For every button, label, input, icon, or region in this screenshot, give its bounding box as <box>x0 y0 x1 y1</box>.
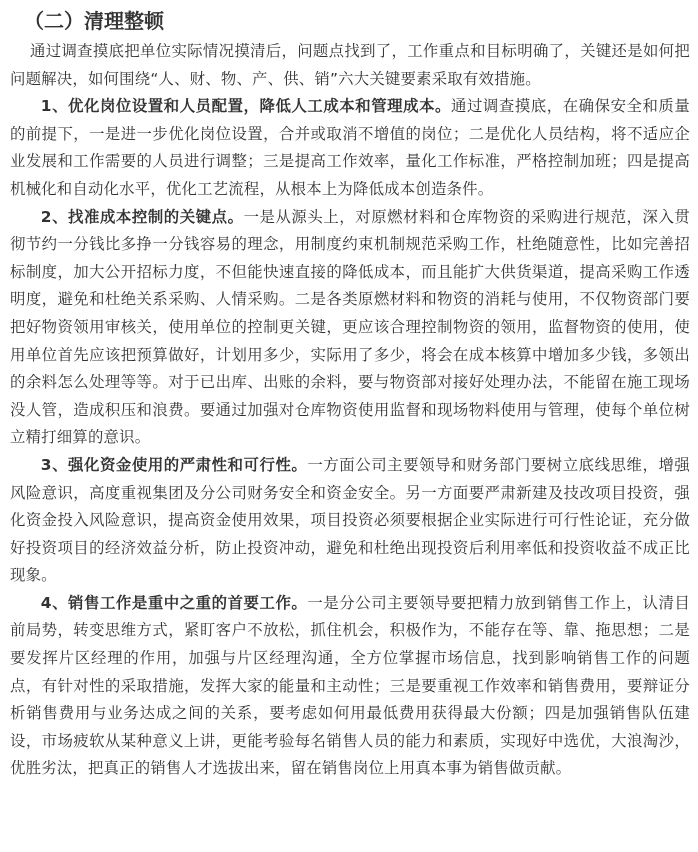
intro-paragraph: 通过调查摸底把单位实际情况摸清后，问题点找到了，工作重点和目标明确了，关键还是如… <box>10 38 690 93</box>
item-paragraph-3: 3、强化资金使用的严肃性和可行性。一方面公司主要领导和财务部门要树立底线思维，增… <box>10 452 690 590</box>
item-paragraph-4: 4、销售工作是重中之重的首要工作。一是分公司主要领导要把精力放到销售工作上，认清… <box>10 590 690 783</box>
item-body-2: 一是从源头上，对原燃材料和仓库物资的采购进行规范，深入贯彻节约一分钱比多挣一分钱… <box>10 208 690 447</box>
item-heading-4: 4、销售工作是重中之重的首要工作。 <box>41 594 308 612</box>
item-paragraph-2: 2、找准成本控制的关键点。一是从源头上，对原燃材料和仓库物资的采购进行规范，深入… <box>10 204 690 452</box>
item-heading-3: 3、强化资金使用的严肃性和可行性。 <box>41 456 308 474</box>
item-heading-2: 2、找准成本控制的关键点。 <box>41 208 244 226</box>
item-body-4: 一是分公司主要领导要把精力放到销售工作上，认清目前局势，转变思维方式，紧盯客户不… <box>10 594 690 778</box>
item-paragraph-1: 1、优化岗位设置和人员配置，降低人工成本和管理成本。通过调查摸底，在确保安全和质… <box>10 93 690 203</box>
item-heading-1: 1、优化岗位设置和人员配置，降低人工成本和管理成本。 <box>41 97 451 115</box>
document: （二）清理整顿 通过调查摸底把单位实际情况摸清后，问题点找到了，工作重点和目标明… <box>0 0 698 783</box>
section-title: （二）清理整顿 <box>10 6 690 36</box>
item-body-3: 一方面公司主要领导和财务部门要树立底线思维，增强风险意识，高度重视集团及分公司财… <box>10 456 690 584</box>
